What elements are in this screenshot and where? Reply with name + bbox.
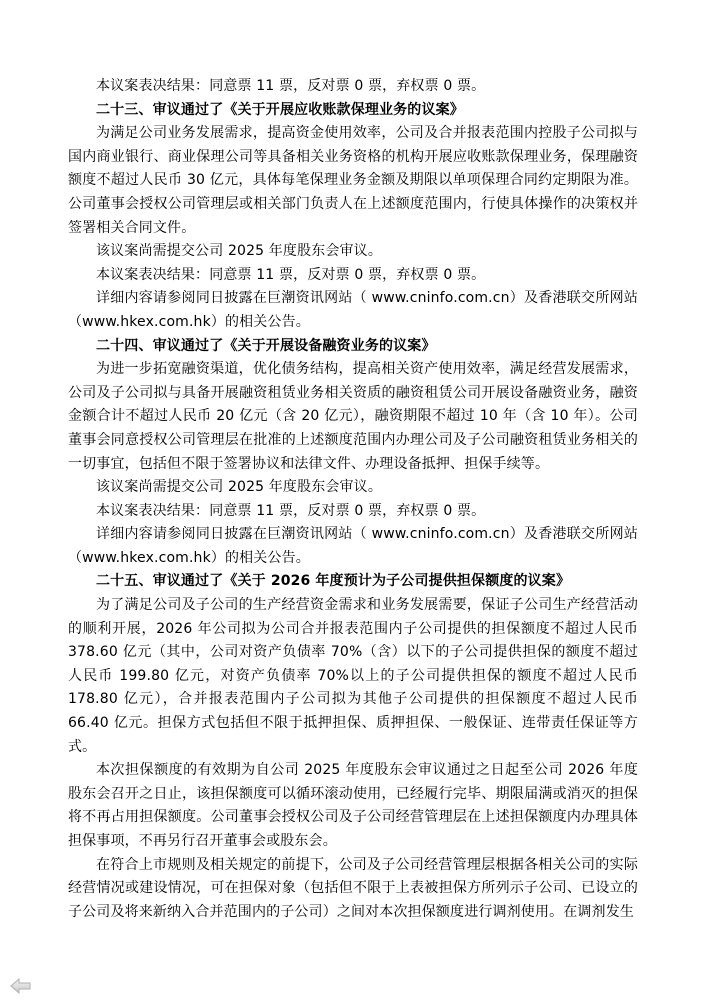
shareholder-review-23: 该议案尚需提交公司 2025 年度股东会审议。 — [68, 240, 638, 264]
document-page: 本议案表决结果：同意票 11 票，反对票 0 票，弃权票 0 票。 二十三、审议… — [68, 75, 638, 924]
reference-links-24: 详细内容请参阅同日披露在巨潮资讯网站（ www.cninfo.com.cn）及香… — [68, 523, 638, 570]
heading-item-24: 二十四、审议通过了《关于开展设备融资业务的议案》 — [68, 335, 638, 359]
body-item-23-factoring: 为满足公司业务发展需求，提高资金使用效率，公司及合并报表范围内控股子公司拟与国内… — [68, 122, 638, 240]
body-item-25-validity: 本次担保额度的有效期为自公司 2025 年度股东会审议通过之日起至公司 2026… — [68, 759, 638, 853]
reference-links-23: 详细内容请参阅同日披露在巨潮资讯网站（ www.cninfo.com.cn）及香… — [68, 287, 638, 334]
shareholder-review-24: 该议案尚需提交公司 2025 年度股东会审议。 — [68, 476, 638, 500]
vote-result-22: 本议案表决结果：同意票 11 票，反对票 0 票，弃权票 0 票。 — [68, 75, 638, 99]
back-button[interactable] — [10, 978, 32, 994]
body-item-24-equipment-financing: 为进一步拓宽融资渠道，优化债务结构，提高相关资产使用效率，满足经营发展需求，公司… — [68, 358, 638, 476]
body-item-25-adjustment: 在符合上市规则及相关规定的前提下，公司及子公司经营管理层根据各相关公司的实际经营… — [68, 854, 638, 925]
vote-result-24: 本议案表决结果：同意票 11 票，反对票 0 票，弃权票 0 票。 — [68, 500, 638, 524]
heading-item-25: 二十五、审议通过了《关于 2026 年度预计为子公司提供担保额度的议案》 — [68, 570, 638, 594]
body-item-25-guarantee: 为了满足公司及子公司的生产经营资金需求和业务发展需要，保证子公司生产经营活动的顺… — [68, 594, 638, 759]
vote-result-23: 本议案表决结果：同意票 11 票，反对票 0 票，弃权票 0 票。 — [68, 264, 638, 288]
back-arrow-icon — [10, 978, 32, 994]
heading-item-23: 二十三、审议通过了《关于开展应收账款保理业务的议案》 — [68, 99, 638, 123]
